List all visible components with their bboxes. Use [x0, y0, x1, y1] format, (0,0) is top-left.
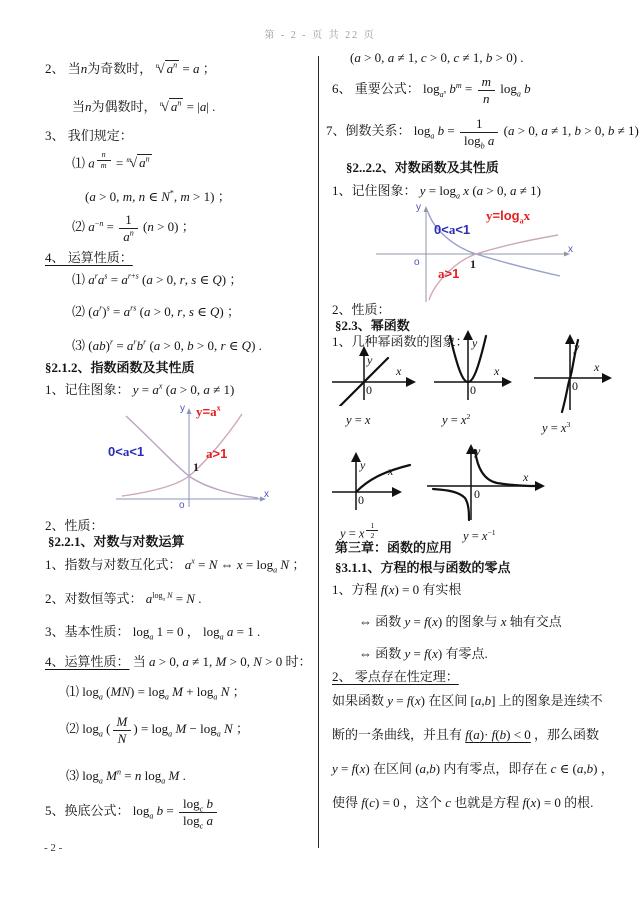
theorem-line-4: 使得 f(c) = 0 ，这个 c 也就是方程 f(x) = 0 的根. — [332, 795, 593, 812]
reciprocal-graph-canvas — [425, 444, 555, 522]
reciprocal-x-label: x — [523, 470, 528, 485]
log-increasing-label: a>1 — [438, 266, 459, 282]
power-graph-reciprocal: y x 0 y = x−1 — [425, 444, 555, 544]
exp-decreasing-label: 0<a<1 — [108, 444, 144, 460]
zero-point-iff-1: ⇔ 函数 y = f(x) 的图象与 x 轴有交点 — [359, 614, 562, 631]
section-222-title: §2..2.2、对数函数及其性质 — [346, 160, 499, 177]
log-rule-4-condition: 当 a > 0, a ≠ 1, M > 0, N > 0 时： — [130, 654, 312, 669]
log-y-axis-label: y — [416, 202, 421, 213]
remember-exp-graph-line: 1、记住图象： y = ax (a > 0, a ≠ 1) — [45, 382, 234, 399]
exp-y-axis-label: y — [180, 403, 185, 414]
op-rule-2: ⑵ (ar)s = ars (a > 0, r, s ∈ Q) ； — [72, 304, 240, 321]
power-graph-cube: y x 0 y = x3 — [530, 332, 618, 436]
rule-odd-root: 2、 当n为奇数时， n√an = a ； — [45, 60, 216, 78]
exp-curve-label: y=ax — [196, 404, 221, 420]
important-formula: 6、 重要公式： logan bm = mn loga b — [332, 74, 531, 106]
exp-x-axis-label: x — [264, 489, 269, 500]
op-rule-1: ⑴ aras = ar+s (a > 0, r, s ∈ Q) ； — [72, 272, 242, 289]
log-rule-4-heading: 4、运算性质： — [45, 654, 130, 669]
define-rule-1-condition: (a > 0, m, n ∈ N*, m > 1) ； — [85, 189, 231, 206]
section-212-title: §2.1.2、指数函数及其性质 — [45, 360, 195, 377]
sqrt-graph-canvas — [330, 452, 418, 514]
zero-point-item-1: 1、方程 f(x) = 0 有实根 — [332, 582, 461, 599]
log-x-axis-label: x — [568, 244, 573, 255]
op-rule-3: ⑶ (ab)r = arbr (a > 0, b > 0, r ∈ Q) . — [72, 338, 262, 355]
exp-properties-line: 2、性质： — [45, 518, 104, 535]
square-y-label: y — [472, 336, 477, 351]
log-quotient-rule: ⑵ loga (MN) = loga M − loga N ； — [66, 714, 249, 746]
zero-existence-theorem-heading: 2、 零点存在性定理： — [332, 669, 459, 686]
exp-graph-canvas — [94, 404, 284, 516]
document-page: 第 - 2 - 页 共 22 页 2、 当n为奇数时， n√an = a ； 当… — [0, 0, 640, 906]
log-rule-1: 1、指数与对数互化式： ax = N ⇔ x = loga N ； — [45, 557, 305, 574]
operation-properties-heading: 4、 运算性质： — [45, 250, 133, 267]
column-divider — [318, 56, 319, 848]
square-origin-label: 0 — [470, 383, 476, 398]
square-caption: y = x2 — [442, 413, 518, 428]
log-origin-label: o — [414, 257, 420, 268]
section-221-title: §2.2.1、对数与对数运算 — [48, 534, 185, 551]
log-rule-2: 2、对数恒等式： aloga N = N . — [45, 591, 201, 608]
page-number: - 2 - — [44, 842, 62, 854]
theorem-line-3: y = f(x) 在区间 (a,b) 内有零点，即存在 c ∈ (a,b) ， — [332, 761, 614, 778]
log-decreasing-label: 0<a<1 — [434, 222, 470, 238]
theorem-line-2: 断的一条曲线，并且有 f(a)· f(b) < 0 ，那么函数 — [332, 727, 599, 744]
power-graph-square: y x 0 y = x2 — [430, 328, 518, 428]
exp-origin-label: o — [179, 500, 185, 511]
exp-increasing-label: a>1 — [206, 446, 227, 462]
sqrt-y-label: y — [360, 458, 365, 473]
linear-origin-label: 0 — [366, 383, 372, 398]
carryover-condition: (a > 0, a ≠ 1, c > 0, c ≠ 1, b > 0) . — [350, 50, 524, 67]
linear-graph-canvas — [330, 342, 418, 406]
sqrt-x-label: x — [388, 464, 393, 479]
log-rule-4: 4、运算性质： 当 a > 0, a ≠ 1, M > 0, N > 0 时： — [45, 654, 311, 671]
sqrt-origin-label: 0 — [358, 493, 364, 508]
power-graph-linear: y x 0 y = x — [330, 342, 418, 428]
section-23-title: §2.3、幂函数 — [335, 318, 410, 335]
log-power-rule: ⑶ loga Mn = n loga M . — [66, 768, 186, 785]
section-311-title: §3.1.1、方程的根与函数的零点 — [335, 560, 511, 577]
linear-caption: y = x — [346, 413, 418, 428]
exp-unit-point-label: 1 — [193, 460, 199, 475]
log-curve-label: y=logax — [486, 208, 530, 224]
page-header-label: 第 - 2 - 页 共 22 页 — [0, 26, 640, 41]
log-rule-3: 3、基本性质： loga 1 = 0 ， loga a = 1 . — [45, 624, 260, 641]
linear-y-label: y — [367, 353, 372, 368]
log-unit-point-label: 1 — [470, 257, 476, 272]
power-graphs-row-1: y x 0 y = x y x 0 y = x2 — [330, 350, 630, 446]
define-rule-2: ⑵ a−n = 1an (n > 0) ； — [72, 212, 195, 244]
linear-x-label: x — [396, 364, 401, 379]
reciprocal-origin-label: 0 — [474, 487, 480, 502]
exponential-function-graph: y=ax 0<a<1 a>1 1 o y x — [94, 404, 284, 516]
reciprocal-y-label: y — [475, 444, 480, 459]
sqrt-caption: y = x12 — [340, 521, 418, 542]
theorem-line-1: 如果函数 y = f(x) 在区间 [a,b] 上的图象是连续不 — [332, 693, 603, 710]
log-properties-line: 2、性质： — [332, 302, 391, 319]
power-graph-sqrt: y x 0 y = x12 — [330, 452, 418, 542]
rule-even-root: 当n为偶数时， n√an = |a| . — [72, 98, 215, 116]
remember-log-graph-line: 1、记住图象： y = loga x (a > 0, a ≠ 1) — [332, 183, 541, 200]
cube-caption: y = x3 — [542, 421, 618, 436]
define-rule-1: ⑴ anm = m√an — [72, 150, 152, 172]
logarithmic-function-graph: y=logax 0<a<1 a>1 1 o y x — [368, 204, 583, 309]
power-graphs-row-2: y x 0 y = x12 y x 0 — [330, 444, 630, 540]
cube-y-label: y — [574, 340, 579, 355]
cube-x-label: x — [594, 360, 599, 375]
define-heading: 3、 我们规定： — [45, 128, 133, 145]
zero-point-iff-2: ⇔ 函数 y = f(x) 有零点. — [359, 646, 488, 663]
reciprocal-relation: 7、倒数关系： loga b = 1logb a (a > 0, a ≠ 1, … — [326, 116, 640, 148]
log-product-rule: ⑴ loga (MN) = loga M + loga N ； — [66, 684, 246, 701]
reciprocal-caption: y = x−1 — [463, 529, 555, 544]
cube-origin-label: 0 — [572, 379, 578, 394]
square-x-label: x — [494, 364, 499, 379]
change-of-base-formula: 5、换底公式： loga b = logc blogc a — [45, 796, 219, 828]
chapter-3-title: 第三章：函数的应用 — [335, 540, 452, 557]
